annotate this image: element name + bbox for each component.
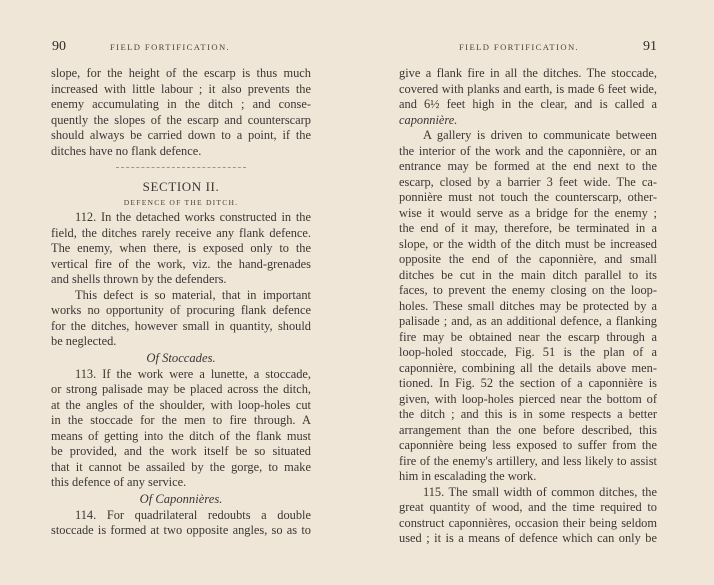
text-line: quently the slopes of the escarp and cou… (51, 113, 311, 129)
paragraph-line: given, with loop-holes pierced near the … (399, 392, 657, 408)
paragraph-line: fire may be obtained near the escarp thr… (399, 330, 657, 346)
paragraph-line: 112. In the detached works constructed i… (51, 210, 311, 226)
paragraph-line: ditches be cut in the main ditch paralle… (399, 268, 657, 284)
section-title: SECTION II. (51, 178, 311, 196)
paragraph-line: him in escalading the work. (399, 469, 657, 485)
text-line: and 6½ feet high in the clear, and is ca… (399, 97, 657, 113)
paragraph-line: 114. For quadrilateral redoubts a double (51, 508, 311, 524)
paragraph-line: the interior of the work and the caponni… (399, 144, 657, 160)
paragraph-line: caponnière being less exposed to suffer … (399, 438, 657, 454)
text-line: covered with planks and earth, is made 6… (399, 82, 657, 98)
paragraph-line: wise it would serve as a bridge for the … (399, 206, 657, 222)
paragraph-line: The enemy, when there, is exposed only t… (51, 241, 311, 257)
paragraph-line: entrance may be formed at the end next t… (399, 159, 657, 175)
running-head-title: FIELD FORTIFICATION. (459, 42, 579, 52)
paragraph-line: opposite the end of the caponnière, and … (399, 252, 657, 268)
paragraph-line: field, the ditches rarely receive any fl… (51, 226, 311, 242)
paragraph-line: construct caponnières, occasion their be… (399, 516, 657, 532)
paragraph-line: the end of it may, therefore, be termina… (399, 221, 657, 237)
subheading-stoccades: Of Stoccades. (51, 350, 311, 367)
running-head-title: FIELD FORTIFICATION. (110, 42, 230, 52)
paragraph-line: great quantity of wood, and the time req… (399, 500, 657, 516)
text-line: give a flank fire in all the ditches. Th… (399, 66, 657, 82)
paragraph-line: holes. These small ditches may be protec… (399, 299, 657, 315)
paragraph-line: at the angles of the shoulder, with loop… (51, 398, 311, 414)
section-divider-rule (116, 167, 246, 174)
book-spread: 90 FIELD FORTIFICATION. slope, for the h… (0, 0, 714, 585)
paragraph-line: 113. If the work were a lunette, a stocc… (51, 367, 311, 383)
page-number: 90 (52, 39, 66, 55)
paragraph-line: vertical fire of the work, viz. the hand… (51, 257, 311, 273)
paragraph-line: 115. The small width of common ditches, … (399, 485, 657, 501)
paragraph-line: escarp, closed by a barrier 3 feet wide.… (399, 175, 657, 191)
paragraph-line: the ditch ; and this is in some respects… (399, 407, 657, 423)
paragraph-line: palisade ; and, as an additional defence… (399, 314, 657, 330)
paragraph-line: tioned. In Fig. 52 the section of a capo… (399, 376, 657, 392)
paragraph-line: slope, or the width of the ditch must be… (399, 237, 657, 253)
paragraph-line: caponnière, combining all the details ab… (399, 361, 657, 377)
text-line: should always be carried down to a point… (51, 128, 311, 144)
section-subtitle: DEFENCE OF THE DITCH. (51, 196, 311, 210)
subheading-caponnieres: Of Caponnières. (51, 491, 311, 508)
paragraph-line: for the ditches, however small in quanti… (51, 319, 311, 335)
text-line: ditches have no flank defence. (51, 144, 311, 160)
paragraph-line: A gallery is driven to communicate betwe… (399, 128, 657, 144)
page-number: 91 (643, 39, 657, 55)
text-line: increased with little labour ; it also p… (51, 82, 311, 98)
right-page-body: give a flank fire in all the ditches. Th… (399, 66, 657, 547)
paragraph-line: stoccade is formed at two opposite angle… (51, 523, 311, 539)
left-page-body: slope, for the height of the escarp is t… (51, 66, 311, 539)
paragraph-line: in the stoccade for the men to fire thro… (51, 413, 311, 429)
paragraph-line: loop-holed stoccade, Fig. 51 is the plan… (399, 345, 657, 361)
running-head-left: 90 FIELD FORTIFICATION. (51, 42, 311, 56)
left-page: 90 FIELD FORTIFICATION. slope, for the h… (51, 0, 311, 585)
paragraph-line: fire of the enemy's artillery, and less … (399, 454, 657, 470)
paragraph-line: means of getting into the ditch of the f… (51, 429, 311, 445)
paragraph-line: that it cannot be assailed by the gorge,… (51, 460, 311, 476)
paragraph-line: faces, to prevent the enemy closing on t… (399, 283, 657, 299)
paragraph-line: be provided, and the work itself be so s… (51, 444, 311, 460)
right-page: FIELD FORTIFICATION. 91 give a flank fir… (399, 0, 657, 585)
paragraph-line: arrangement than the one before describe… (399, 423, 657, 439)
paragraph-line: ponnière must not touch the counterscarp… (399, 190, 657, 206)
paragraph-line: or strong palisade may be placed across … (51, 382, 311, 398)
paragraph-line: works no opportunity of procuring flank … (51, 303, 311, 319)
text-line: slope, for the height of the escarp is t… (51, 66, 311, 82)
paragraph-line: used ; it is a means of defence which ca… (399, 531, 657, 547)
paragraph-line: and shells thrown by the defenders. (51, 272, 311, 288)
paragraph-line: be neglected. (51, 334, 311, 350)
running-head-right: FIELD FORTIFICATION. 91 (399, 42, 657, 56)
paragraph-line: This defect is so material, that in impo… (51, 288, 311, 304)
paragraph-line: this defence of any service. (51, 475, 311, 491)
term-caponniere: caponnière. (399, 113, 657, 129)
text-line: enemy accumulating in the ditch ; and co… (51, 97, 311, 113)
